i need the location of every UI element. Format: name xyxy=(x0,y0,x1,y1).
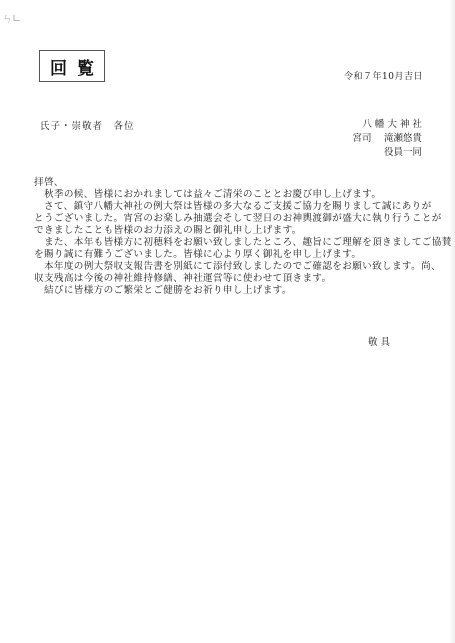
body-line: 結びに皆様方のご繁栄とご健勝をお祈り申し上げます。 xyxy=(34,285,424,297)
sender-block: 八 幡 大 神 社 宮司 滝瀬悠貴 役員一同 xyxy=(302,118,422,160)
letter-body: 拝啓、 秋季の候、皆様におかれましては益々ご清栄のこととお慶び申し上げます。 さ… xyxy=(34,177,424,297)
sender-shrine-name: 八 幡 大 神 社 xyxy=(302,118,422,132)
body-line: 収支残高は今後の神社維持修繕、神社運営等に使わせて頂きます。 xyxy=(34,273,424,285)
sender-priest: 宮司 滝瀬悠貴 xyxy=(302,132,422,146)
sender-officers: 役員一同 xyxy=(302,146,422,160)
document-title: 回覧 xyxy=(39,50,105,82)
addressee: 氏子・崇敬者 各位 xyxy=(40,118,135,132)
page-edge xyxy=(449,0,455,643)
body-line: 本年度の例大祭収支報告書を別紙にて添付致しましたのでご確認をお願い致します。尚、 xyxy=(34,261,424,273)
document-date: 令和７年10月吉日 xyxy=(344,69,423,82)
body-line: さて、鎮守八幡大神社の例大祭は皆様の多大なるご支援ご協力を賜りまして誠にありが xyxy=(34,201,424,213)
closing-word: 敬具 xyxy=(368,334,393,348)
body-line: また、本年も皆様方に初穂料をお願い致しましたところ、趣旨にご理解を頂きましてご協… xyxy=(34,237,424,249)
body-line: を賜り誠に有難うございました。皆様に心より厚く御礼を申し上げます。 xyxy=(34,249,424,261)
corner-handwritten-mark: ㄣ∟ xyxy=(2,10,20,26)
greeting-line: 拝啓、 xyxy=(34,177,424,189)
body-line: とうございました。宵宮のお楽しみ抽選会そして翌日のお神輿渡御が盛大に執り行うこと… xyxy=(34,213,424,225)
body-line: できましたことも皆様のお力添えの賜と御礼申し上げます。 xyxy=(34,225,424,237)
body-line: 秋季の候、皆様におかれましては益々ご清栄のこととお慶び申し上げます。 xyxy=(34,189,424,201)
